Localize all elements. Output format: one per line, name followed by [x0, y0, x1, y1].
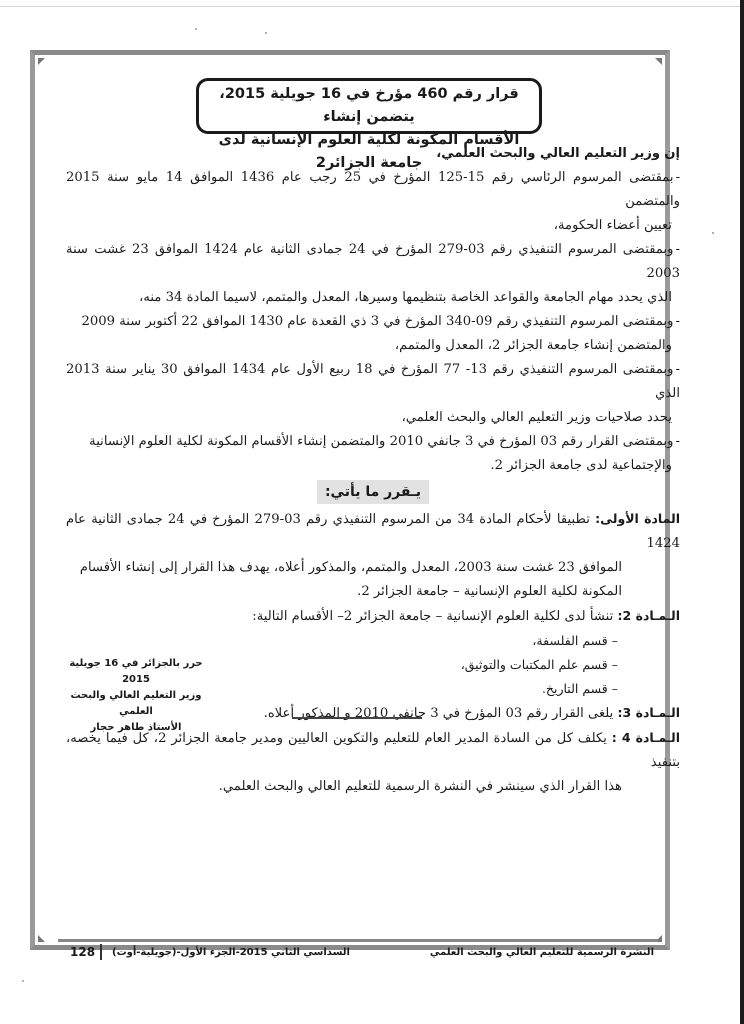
decree-title-box: قرار رقم 460 مؤرخ في 16 جويلية 2015، يتض…: [196, 78, 542, 134]
scan-edge-right: [740, 0, 744, 1024]
article-4: الـمـادة 4 : يكلف كل من السادة المدير ال…: [66, 726, 680, 799]
corner-ornament: [38, 58, 45, 65]
decision-heading: يـقرر ما يأتي:: [66, 480, 680, 505]
footer-journal-name: النشرة الرسمية للتعليم العالي والبحث الع…: [430, 945, 654, 961]
clause-text: وبمقتضى المرسوم التنفيذي رقم 03-279 المؤ…: [66, 242, 680, 281]
clause-text: وبمقتضى المرسوم التنفيذي رقم 09-340 المؤ…: [81, 314, 673, 329]
clause-dash: -: [676, 362, 680, 377]
footer-divider: [100, 944, 102, 960]
department-item: – قسم الفلسفة،: [66, 629, 618, 653]
preamble-clause: -وبمقتضى المرسوم التنفيذي رقم 03-279 الم…: [66, 238, 680, 310]
clause-text: وبمقتضى القرار رقم 03 المؤرخ في 3 جانفي …: [89, 434, 673, 449]
article-continuation: هذا القرار الذي سينشر في النشرة الرسمية …: [66, 775, 680, 799]
clause-continuation: تعيين أعضاء الحكومة،: [66, 214, 680, 238]
article-text: تنشأ لدى لكلية العلوم الإنسانية – جامعة …: [252, 609, 613, 624]
signature-place-date: حرر بالجزائر في 16 جويلية 2015: [66, 656, 206, 688]
clause-text: بمقتضى المرسوم الرئاسي رقم 15-125 المؤرخ…: [66, 170, 680, 209]
scan-speck: [265, 32, 267, 34]
article-label: الـمـادة 3:: [618, 705, 680, 720]
page-footer: النشرة الرسمية للتعليم العالي والبحث الع…: [62, 943, 658, 963]
signature-title: وزير التعليم العالي والبحث العلمي: [66, 688, 206, 720]
clause-continuation: الذي يحدد مهام الجامعة والقواعد الخاصة ب…: [66, 286, 680, 310]
article-1: المادة الأولى: تطبيقا لأحكام المادة 34 م…: [66, 507, 680, 604]
article-label: الـمـادة 2:: [618, 608, 680, 623]
clause-dash: -: [676, 314, 680, 329]
preamble-clause: -وبمقتضى المرسوم التنفيذي رقم 09-340 الم…: [66, 310, 680, 358]
corner-ornament: [38, 935, 45, 942]
corner-ornament: [655, 58, 662, 65]
decree-title-line-1: قرار رقم 460 مؤرخ في 16 جويلية 2015، يتض…: [199, 83, 539, 129]
article-text: تطبيقا لأحكام المادة 34 من المرسوم التنف…: [66, 512, 680, 551]
clause-text: وبمقتضى المرسوم التنفيذي رقم 13- 77 المؤ…: [66, 362, 680, 401]
preamble-clause: -وبمقتضى المرسوم التنفيذي رقم 13- 77 الم…: [66, 358, 680, 430]
article-label: الـمـادة 4 :: [612, 730, 680, 745]
scan-edge-top: [0, 6, 740, 7]
clause-dash: -: [676, 434, 680, 449]
scan-speck: [712, 232, 714, 234]
scan-speck: [195, 28, 197, 30]
page-number: 128: [70, 944, 95, 960]
article-continuation: المكونة لكلية العلوم الإنسانية – جامعة ا…: [66, 580, 680, 604]
clause-continuation: والمتضمن إنشاء جامعة الجزائر 2، المعدل و…: [66, 334, 680, 358]
preamble-clause: -وبمقتضى القرار رقم 03 المؤرخ في 3 جانفي…: [66, 430, 680, 478]
clause-continuation: والإجتماعية لدى جامعة الجزائر 2.: [66, 454, 680, 478]
signature-name: الأستاذ طاهر حجار: [66, 720, 206, 736]
article-2: الـمـادة 2: تنشأ لدى لكلية العلوم الإنسا…: [66, 604, 680, 629]
minister-intro: إن وزير التعليم العالي والبحث العلمي،: [66, 142, 680, 166]
clause-continuation: يحدد صلاحيات وزير التعليم العالي والبحث …: [66, 406, 680, 430]
article-label: المادة الأولى:: [595, 511, 680, 526]
article-continuation: الموافق 23 غشت سنة 2003، المعدل والمتمم،…: [66, 556, 680, 580]
preamble-clause: -بمقتضى المرسوم الرئاسي رقم 15-125 المؤر…: [66, 166, 680, 238]
scan-speck: [22, 980, 24, 982]
signature-block: حرر بالجزائر في 16 جويلية 2015 وزير التع…: [66, 656, 206, 736]
footer-issue: السداسي الثاني 2015-الجزء الأول-(جويلية-…: [112, 945, 350, 961]
clause-dash: -: [676, 170, 680, 185]
footer-rule: [58, 939, 658, 942]
article-text: يكلف كل من السادة المدير العام للتعليم و…: [66, 731, 680, 770]
end-separator-line: [292, 717, 422, 719]
clause-dash: -: [676, 242, 680, 257]
decision-heading-text: يـقرر ما يأتي:: [317, 480, 429, 504]
